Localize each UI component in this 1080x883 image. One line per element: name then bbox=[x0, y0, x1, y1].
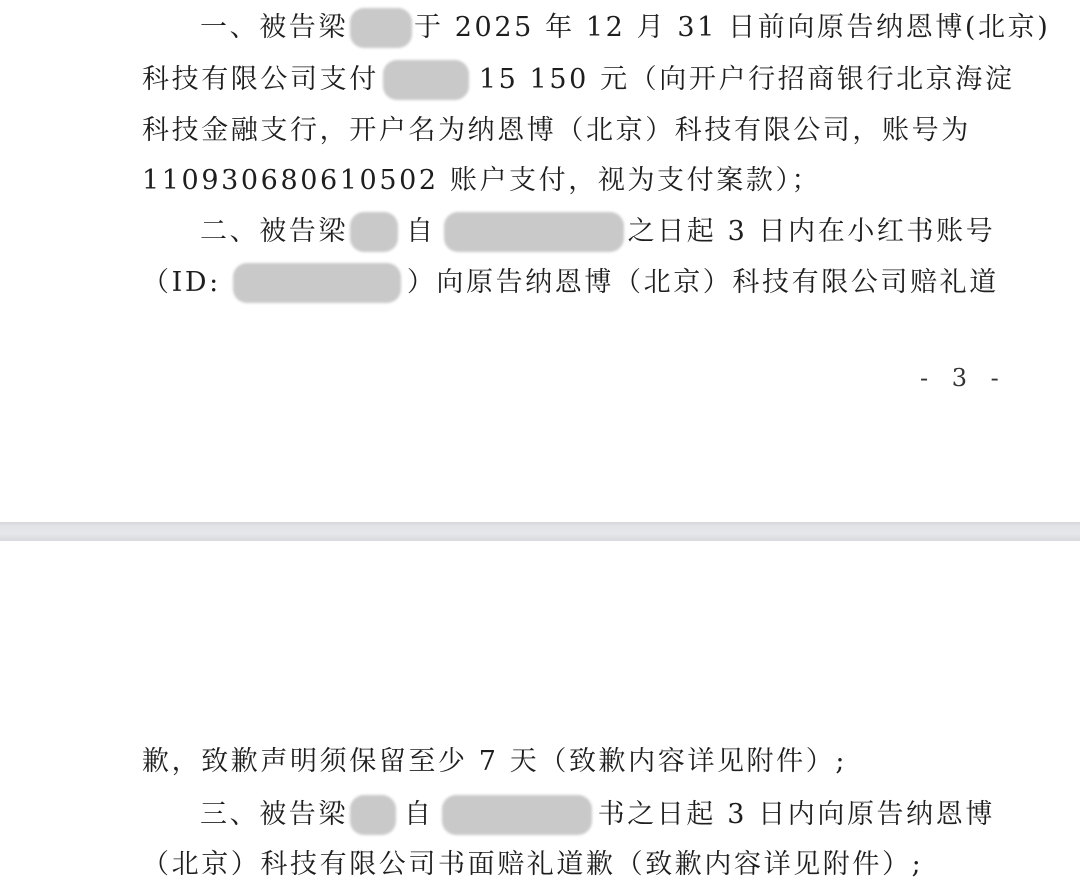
text-segment: 于 2025 年 12 月 31 日前向原告纳恩博(北京) bbox=[414, 10, 1050, 46]
redaction-blur bbox=[350, 795, 396, 835]
document-page-3: 一、被告梁于 2025 年 12 月 31 日前向原告纳恩博(北京) 科技有限公… bbox=[0, 0, 1080, 522]
redaction-blur bbox=[350, 212, 398, 252]
text-segment: 书之日起 3 日内向原告纳恩博 bbox=[598, 797, 995, 833]
text-segment: （ID: bbox=[142, 265, 221, 301]
paragraph-2-line-3: 歉，致歉声明须保留至少 7 天（致歉内容详见附件）; bbox=[142, 743, 847, 780]
paragraph-1-line-4: 110930680610502 账户支付，视为支付案款）； bbox=[142, 162, 821, 199]
redaction-blur bbox=[350, 8, 412, 48]
paragraph-1-line-2: 科技有限公司支付15 150 元（向开户行招商银行北京海淀 bbox=[142, 60, 1014, 100]
document-page-4: 歉，致歉声明须保留至少 7 天（致歉内容详见附件）; 三、被告梁自书之日起 3 … bbox=[0, 541, 1080, 883]
redaction-blur bbox=[442, 795, 592, 835]
text-segment: 科技有限公司支付 bbox=[142, 62, 379, 98]
text-segment: （北京）科技有限公司书面赔礼道歉（致歉内容详见附件）; bbox=[142, 847, 923, 883]
text-segment: 自 bbox=[406, 214, 436, 250]
redaction-blur bbox=[233, 263, 401, 303]
text-segment: 歉，致歉声明须保留至少 7 天（致歉内容详见附件）; bbox=[142, 744, 847, 780]
paragraph-1-line-1: 一、被告梁于 2025 年 12 月 31 日前向原告纳恩博(北京) bbox=[200, 8, 1050, 48]
redaction-blur bbox=[444, 212, 624, 252]
paragraph-1-line-3: 科技金融支行，开户名为纳恩博（北京）科技有限公司，账号为 bbox=[142, 112, 971, 149]
text-segment: 15 150 元（向开户行招商银行北京海淀 bbox=[479, 62, 1015, 98]
text-segment: 二、被告梁 bbox=[200, 214, 348, 250]
text-segment: 三、被告梁 bbox=[200, 797, 348, 833]
text-segment: ）向原告纳恩博（北京）科技有限公司赔礼道 bbox=[407, 265, 999, 301]
paragraph-2-line-1: 二、被告梁自之日起 3 日内在小红书账号 bbox=[200, 212, 995, 252]
paragraph-2-line-2: （ID:）向原告纳恩博（北京）科技有限公司赔礼道 bbox=[142, 263, 999, 303]
page-separator bbox=[0, 522, 1080, 541]
text-segment: 一、被告梁 bbox=[200, 10, 348, 46]
paragraph-3-line-1: 三、被告梁自书之日起 3 日内向原告纳恩博 bbox=[200, 795, 995, 835]
text-segment: 科技金融支行，开户名为纳恩博（北京）科技有限公司，账号为 bbox=[142, 113, 971, 149]
page-number: - 3 - bbox=[920, 364, 1007, 392]
text-segment: 之日起 3 日内在小红书账号 bbox=[628, 214, 996, 250]
text-segment: 110930680610502 账户支付，视为支付案款）； bbox=[142, 163, 821, 199]
text-segment: 自 bbox=[404, 797, 434, 833]
paragraph-3-line-2: （北京）科技有限公司书面赔礼道歉（致歉内容详见附件）; bbox=[142, 846, 923, 883]
redaction-blur bbox=[383, 60, 469, 100]
